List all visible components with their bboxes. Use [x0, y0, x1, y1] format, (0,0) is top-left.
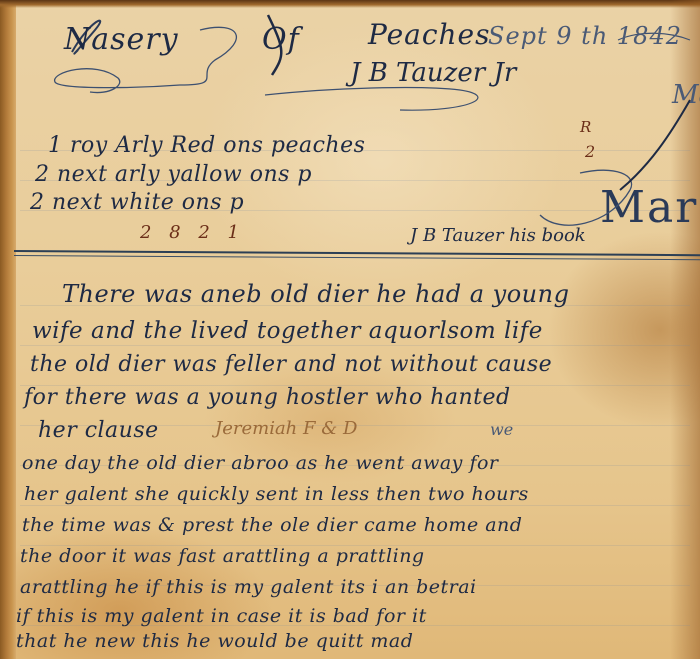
song-line: the door it was fast arattling a prattli… — [20, 545, 425, 567]
margin-flourish-word: Mar — [600, 182, 698, 233]
song-line: for there was a young hostler who hanted — [24, 385, 511, 410]
inventory-item: 2 next arly yallow ons p — [35, 162, 312, 187]
song-line: the time was & prest the ole dier came h… — [22, 514, 522, 536]
manuscript-page: Nasery Of Peaches Sept 9 th 1842 J B Tau… — [0, 0, 700, 659]
inventory-item: 1 roy Arly Red ons peaches — [48, 133, 365, 158]
margin-mark-2: 2 — [585, 142, 595, 161]
margin-mark-r: R — [580, 118, 591, 136]
brown-marks: 2 8 2 1 — [140, 222, 245, 243]
page-top-edge — [0, 0, 700, 8]
song-line: one day the old dier abroo as he went aw… — [22, 452, 499, 474]
header-author: J B Tauzer Jr — [350, 58, 516, 88]
interlinear-note-tail: we — [490, 420, 513, 439]
book-binding-edge — [0, 0, 16, 659]
margin-fragment-ma: Ma — [672, 80, 700, 110]
interlinear-note: Jeremiah F & D — [215, 418, 357, 439]
divider-rule-thin — [14, 255, 700, 260]
song-line: There was aneb old dier he had a young — [62, 280, 569, 308]
ruled-line — [20, 345, 690, 346]
song-line: her clause — [38, 418, 159, 443]
owner-signature: J B Tauzer his book — [410, 225, 586, 246]
header-date: Sept 9 th 1842 — [488, 22, 682, 50]
song-line: the old dier was feller and not without … — [30, 352, 552, 377]
song-line: that he new this he would be quitt mad — [16, 630, 413, 652]
song-line: if this is my galent in case it is bad f… — [16, 605, 427, 627]
title-word-of: Of — [262, 22, 300, 57]
song-line: arattling he if this is my galent its i … — [20, 576, 477, 598]
inventory-item: 2 next white ons p — [30, 190, 244, 215]
ruled-line — [20, 505, 690, 506]
song-line: wife and the lived together aquorlsom li… — [32, 318, 543, 344]
song-line: her galent she quickly sent in less then… — [24, 483, 529, 505]
title-word-nasery: Nasery — [64, 22, 179, 57]
title-word-peaches: Peaches — [368, 18, 491, 51]
